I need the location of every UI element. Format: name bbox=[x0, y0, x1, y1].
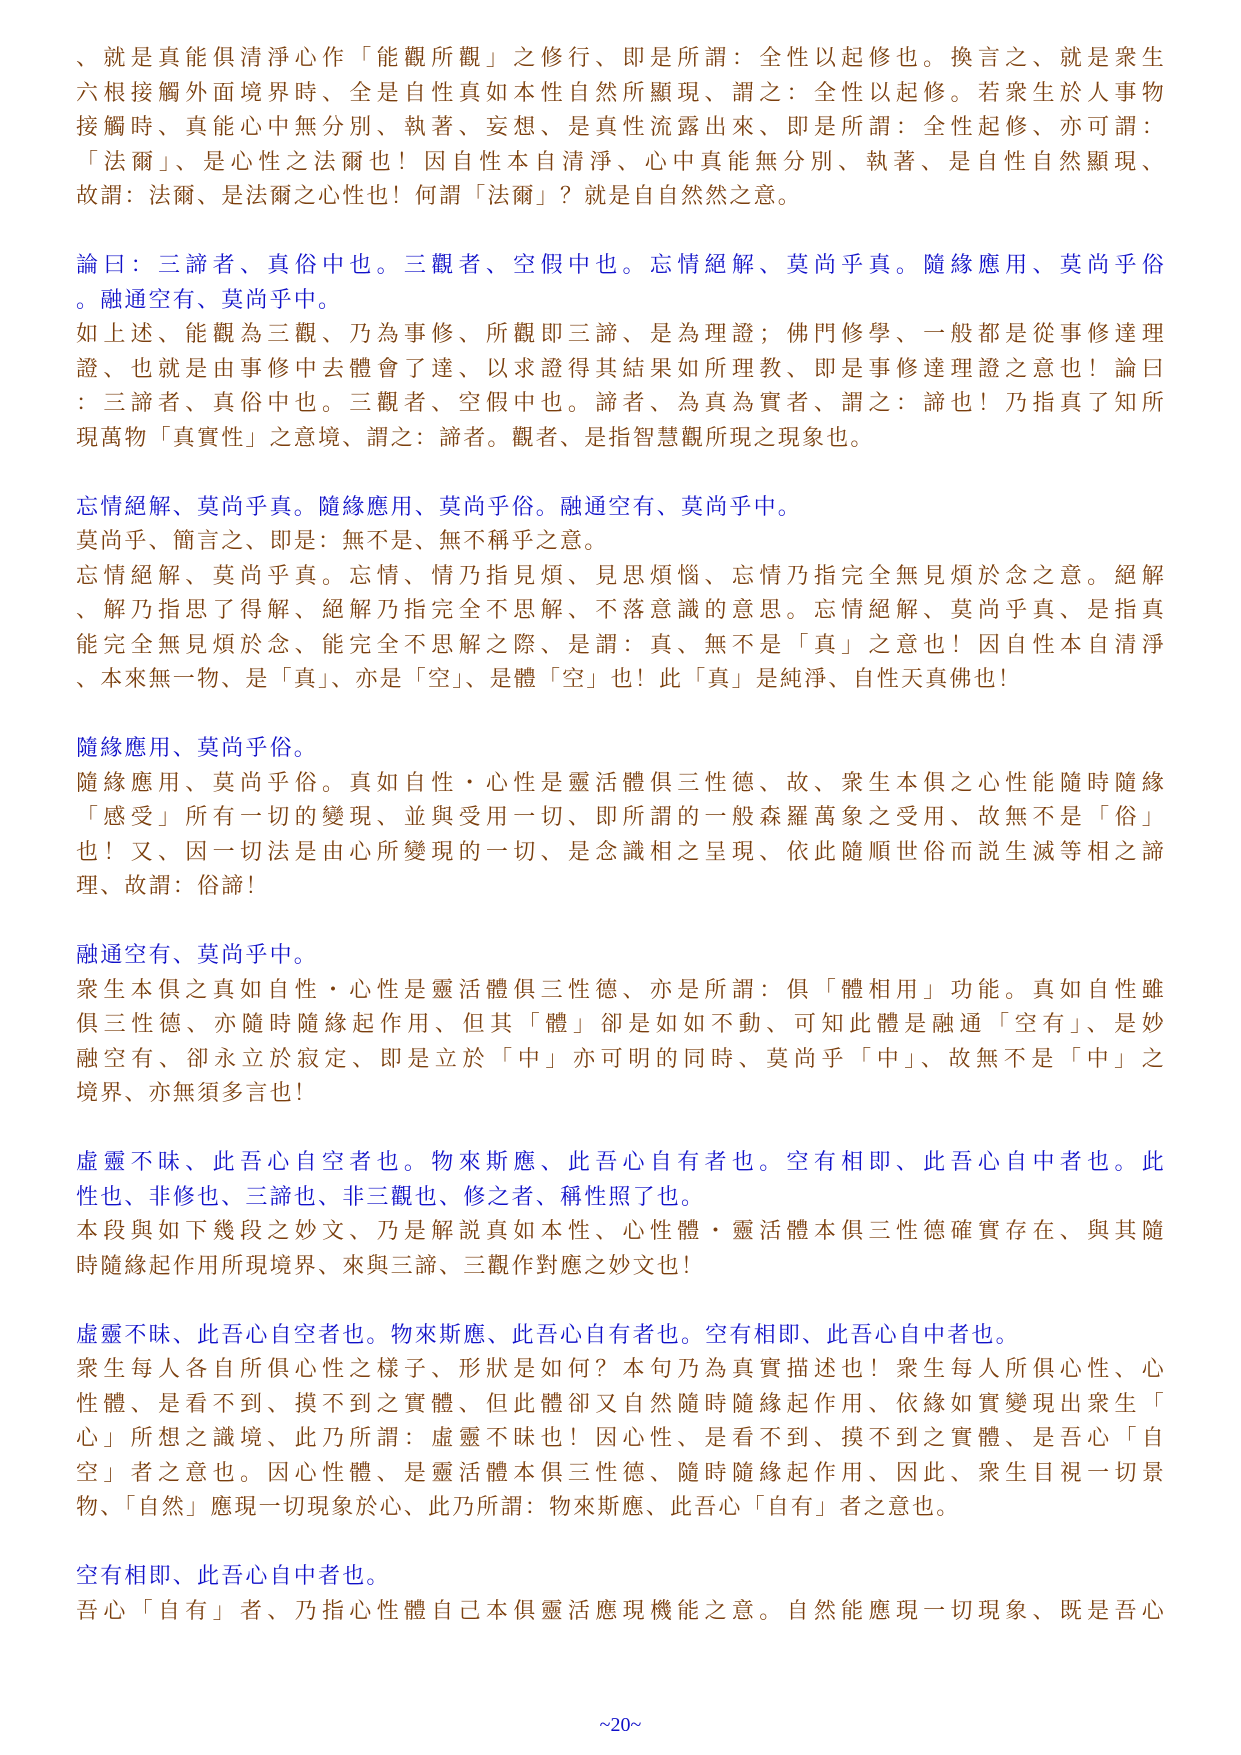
text-line: 能完全無見煩於念、能完全不思解之際、是謂：真、無不是「真」之意也！因自性本自清淨 bbox=[76, 629, 1166, 664]
quote-paragraph: 論曰：三諦者、真俗中也。三觀者、空假中也。忘情絕解、莫尚乎真。隨緣應用、莫尚乎俗… bbox=[76, 249, 1166, 318]
text-line: 現萬物「真實性」之意境、謂之：諦者。觀者、是指智慧觀所現之現象也。 bbox=[76, 422, 1166, 457]
text-line: 證、也就是由事修中去體會了達、以求證得其結果如所理教、即是事修達理證之意也！論曰 bbox=[76, 353, 1166, 388]
text-line: 時隨緣起作用所現境界、來與三諦、三觀作對應之妙文也！ bbox=[76, 1250, 1166, 1285]
text-line: 莫尚乎、簡言之、即是：無不是、無不稱乎之意。 bbox=[76, 525, 1166, 560]
text-line: 、就是真能俱清淨心作「能觀所觀」之修行、即是所謂：全性以起修也。換言之、就是衆生 bbox=[76, 42, 1166, 77]
text-line: 理、故謂：俗諦！ bbox=[76, 870, 1166, 905]
quote-line: 忘情絕解、莫尚乎真。隨緣應用、莫尚乎俗。融通空有、莫尚乎中。 bbox=[76, 491, 1166, 526]
body-paragraph: 衆生每人各自所俱心性之樣子、形狀是如何？本句乃為真實描述也！衆生每人所俱心性、心… bbox=[76, 1353, 1166, 1526]
quote-paragraph: 隨緣應用、莫尚乎俗。 bbox=[76, 732, 1166, 767]
text-line: 故謂：法爾、是法爾之心性也！何謂「法爾」？就是自自然然之意。 bbox=[76, 180, 1166, 215]
text-line: 物、「自然」應現一切現象於心、此乃所謂：物來斯應、此吾心「自有」者之意也。 bbox=[76, 1491, 1166, 1526]
text-line: 融空有、卻永立於寂定、即是立於「中」亦可明的同時、莫尚乎「中」、故無不是「中」之 bbox=[76, 1043, 1166, 1078]
text-line: 、本來無一物、是「真」、亦是「空」、是體「空」也！此「真」是純淨、自性天真佛也！ bbox=[76, 663, 1166, 698]
quote-line: 虛靈不昧、此吾心自空者也。物來斯應、此吾心自有者也。空有相即、此吾心自中者也。此 bbox=[76, 1146, 1166, 1181]
text-line: 「法爾」、是心性之法爾也！因自性本自清淨、心中真能無分別、執著、是自性自然顯現、 bbox=[76, 146, 1166, 181]
quote-paragraph: 空有相即、此吾心自中者也。 bbox=[76, 1560, 1166, 1595]
paragraph-gap bbox=[76, 1284, 1166, 1319]
body-paragraph: 如上述、能觀為三觀、乃為事修、所觀即三諦、是為理證；佛門修學、一般都是從事修達理… bbox=[76, 318, 1166, 456]
paragraph-gap bbox=[76, 698, 1166, 733]
quote-line: 空有相即、此吾心自中者也。 bbox=[76, 1560, 1166, 1595]
text-line: 「感受」所有一切的變現、並與受用一切、即所謂的一般森羅萬象之受用、故無不是「俗」 bbox=[76, 801, 1166, 836]
text-line: 衆生本俱之真如自性・心性是靈活體俱三性德、亦是所謂：俱「體相用」功能。真如自性雖 bbox=[76, 974, 1166, 1009]
quote-line: 虛靈不昧、此吾心自空者也。物來斯應、此吾心自有者也。空有相即、此吾心自中者也。 bbox=[76, 1319, 1166, 1354]
quote-line: 。融通空有、莫尚乎中。 bbox=[76, 284, 1166, 319]
paragraph-gap bbox=[76, 215, 1166, 250]
quote-line: 融通空有、莫尚乎中。 bbox=[76, 939, 1166, 974]
quote-paragraph: 虛靈不昧、此吾心自空者也。物來斯應、此吾心自有者也。空有相即、此吾心自中者也。此… bbox=[76, 1146, 1166, 1215]
paragraph-gap bbox=[76, 1112, 1166, 1147]
page-number: ~20~ bbox=[0, 1714, 1241, 1737]
text-line: 吾心「自有」者、乃指心性體自己本俱靈活應現機能之意。自然能應現一切現象、既是吾心 bbox=[76, 1595, 1166, 1630]
text-line: 本段與如下幾段之妙文、乃是解説真如本性、心性體・靈活體本俱三性德確實存在、與其隨 bbox=[76, 1215, 1166, 1250]
quote-paragraph: 忘情絕解、莫尚乎真。隨緣應用、莫尚乎俗。融通空有、莫尚乎中。 bbox=[76, 491, 1166, 526]
text-line: 如上述、能觀為三觀、乃為事修、所觀即三諦、是為理證；佛門修學、一般都是從事修達理 bbox=[76, 318, 1166, 353]
paragraph-gap bbox=[76, 905, 1166, 940]
text-line: 俱三性德、亦隨時隨緣起作用、但其「體」卻是如如不動、可知此體是融通「空有」、是妙 bbox=[76, 1008, 1166, 1043]
text-line: 、解乃指思了得解、絕解乃指完全不思解、不落意識的意思。忘情絕解、莫尚乎真、是指真 bbox=[76, 594, 1166, 629]
quote-line: 論曰：三諦者、真俗中也。三觀者、空假中也。忘情絕解、莫尚乎真。隨緣應用、莫尚乎俗 bbox=[76, 249, 1166, 284]
quote-line: 隨緣應用、莫尚乎俗。 bbox=[76, 732, 1166, 767]
document-page: 、就是真能俱清淨心作「能觀所觀」之修行、即是所謂：全性以起修也。換言之、就是衆生… bbox=[76, 42, 1166, 1629]
body-paragraph: 隨緣應用、莫尚乎俗。真如自性・心性是靈活體俱三性德、故、衆生本俱之心性能隨時隨緣… bbox=[76, 767, 1166, 905]
body-paragraph: 吾心「自有」者、乃指心性體自己本俱靈活應現機能之意。自然能應現一切現象、既是吾心 bbox=[76, 1595, 1166, 1630]
paragraph-gap bbox=[76, 456, 1166, 491]
text-line: 空」者之意也。因心性體、是靈活體本俱三性德、隨時隨緣起作用、因此、衆生目視一切景 bbox=[76, 1457, 1166, 1492]
text-line: 境界、亦無須多言也！ bbox=[76, 1077, 1166, 1112]
quote-paragraph: 融通空有、莫尚乎中。 bbox=[76, 939, 1166, 974]
text-line: 性體、是看不到、摸不到之實體、但此體卻又自然隨時隨緣起作用、依緣如實變現出衆生「 bbox=[76, 1388, 1166, 1423]
body-paragraph: 莫尚乎、簡言之、即是：無不是、無不稱乎之意。 忘情絕解、莫尚乎真。忘情、情乃指見… bbox=[76, 525, 1166, 698]
paragraph-gap bbox=[76, 1526, 1166, 1561]
text-line: 衆生每人各自所俱心性之樣子、形狀是如何？本句乃為真實描述也！衆生每人所俱心性、心 bbox=[76, 1353, 1166, 1388]
quote-paragraph: 虛靈不昧、此吾心自空者也。物來斯應、此吾心自有者也。空有相即、此吾心自中者也。 bbox=[76, 1319, 1166, 1354]
quote-line: 性也、非修也、三諦也、非三觀也、修之者、稱性照了也。 bbox=[76, 1181, 1166, 1216]
text-line: 六根接觸外面境界時、全是自性真如本性自然所顯現、謂之：全性以起修。若衆生於人事物 bbox=[76, 77, 1166, 112]
text-line: 也！又、因一切法是由心所變現的一切、是念識相之呈現、依此隨順世俗而説生滅等相之諦 bbox=[76, 836, 1166, 871]
body-paragraph: 本段與如下幾段之妙文、乃是解説真如本性、心性體・靈活體本俱三性德確實存在、與其隨… bbox=[76, 1215, 1166, 1284]
text-line: 接觸時、真能心中無分別、執著、妄想、是真性流露出來、即是所謂：全性起修、亦可謂： bbox=[76, 111, 1166, 146]
text-line: ：三諦者、真俗中也。三觀者、空假中也。諦者、為真為實者、謂之：諦也！乃指真了知所 bbox=[76, 387, 1166, 422]
text-line: 心」所想之識境、此乃所謂：虛靈不昧也！因心性、是看不到、摸不到之實體、是吾心「自 bbox=[76, 1422, 1166, 1457]
text-line: 隨緣應用、莫尚乎俗。真如自性・心性是靈活體俱三性德、故、衆生本俱之心性能隨時隨緣 bbox=[76, 767, 1166, 802]
body-paragraph: 、就是真能俱清淨心作「能觀所觀」之修行、即是所謂：全性以起修也。換言之、就是衆生… bbox=[76, 42, 1166, 215]
text-line: 忘情絕解、莫尚乎真。忘情、情乃指見煩、見思煩惱、忘情乃指完全無見煩於念之意。絕解 bbox=[76, 560, 1166, 595]
body-paragraph: 衆生本俱之真如自性・心性是靈活體俱三性德、亦是所謂：俱「體相用」功能。真如自性雖… bbox=[76, 974, 1166, 1112]
